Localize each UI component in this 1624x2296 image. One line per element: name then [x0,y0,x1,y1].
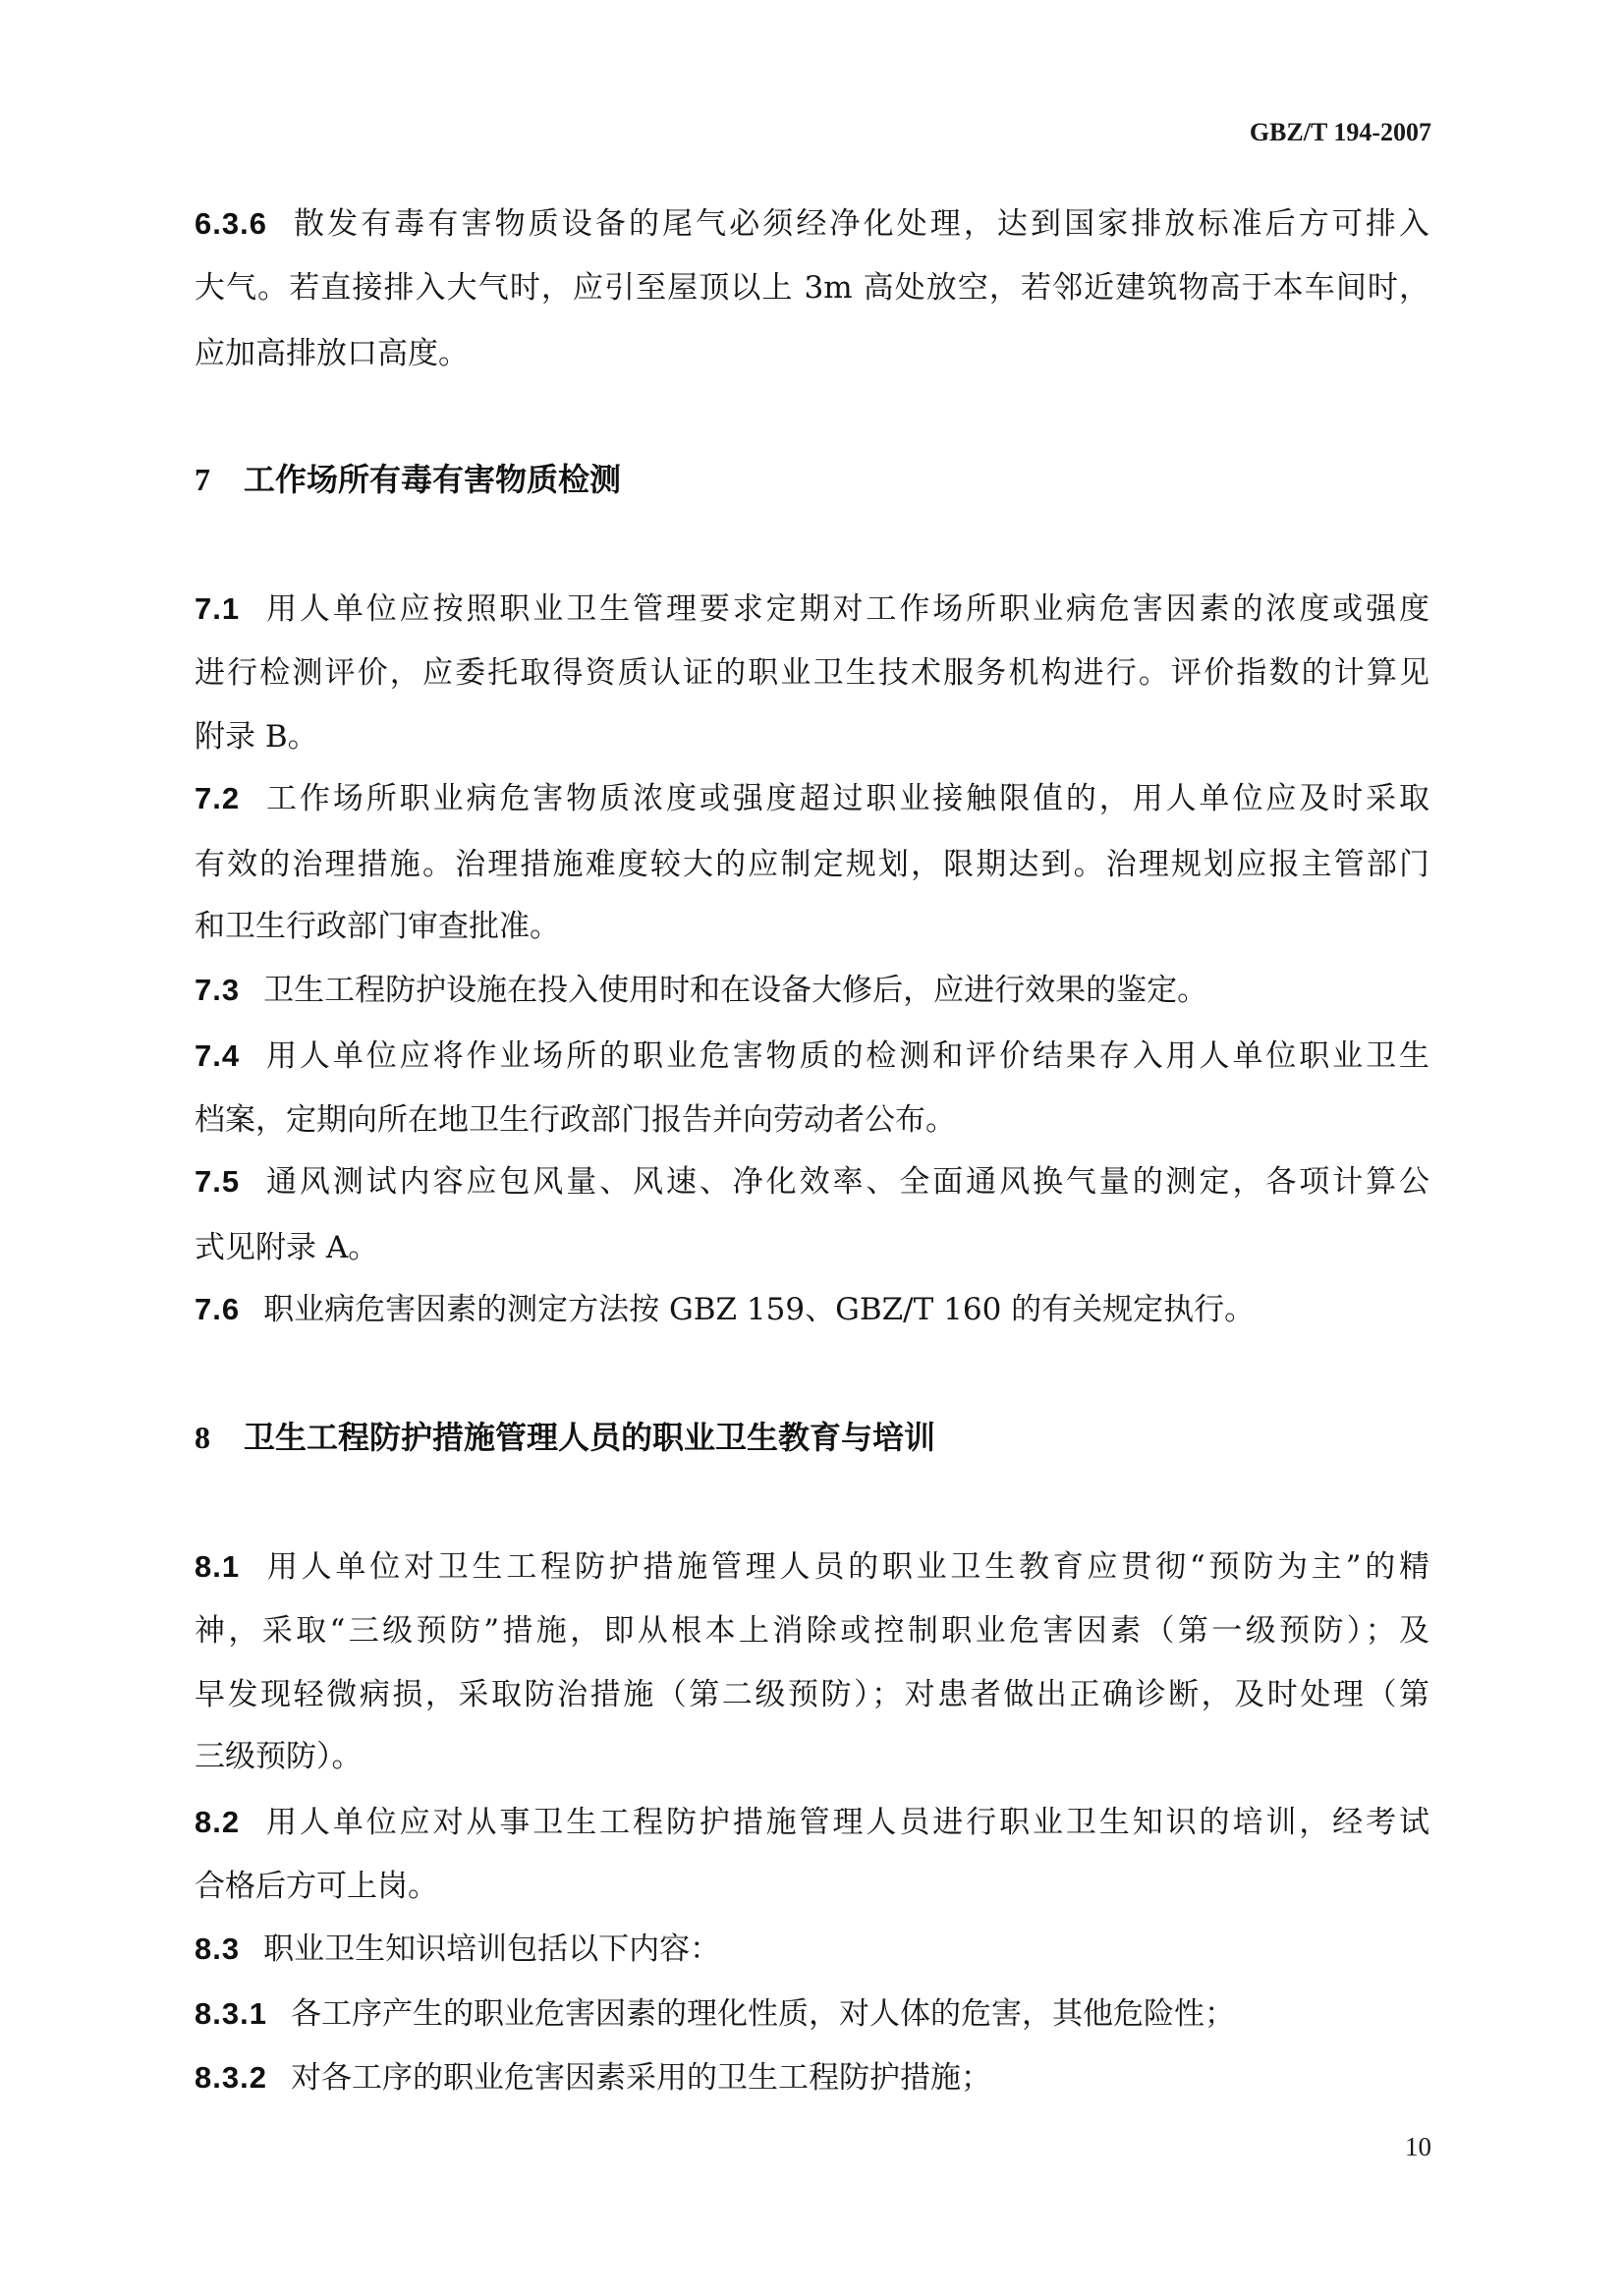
clause-text: 用人单位对卫生工程防护措施管理人员的职业卫生教育应贯彻“预防为主”的精 [263,1549,1429,1585]
clause-number: 8.1 [195,1547,240,1587]
section-number: 7 [195,458,244,501]
clause-text: 用人单位应按照职业卫生管理要求定期对工作场所职业病危害因素的浓度或强度 [263,591,1429,627]
clause-8-3-line-1: 8.3职业卫生知识培训包括以下内容： [195,1930,1429,1969]
clause-7-5-line-1: 7.5通风测试内容应包风量、风速、净化效率、全面通风换气量的测定，各项计算公 [195,1162,1429,1202]
clause-6-3-6-line-2: 大气。若直接排入大气时，应引至屋顶以上 3m 高处放空，若邻近建筑物高于本车间时… [195,268,1429,308]
clause-7-3-line-1: 7.3卫生工程防护设施在投入使用时和在设备大修后，应进行效果的鉴定。 [195,971,1429,1010]
clause-7-1-line-1: 7.1用人单位应按照职业卫生管理要求定期对工作场所职业病危害因素的浓度或强度 [195,589,1429,629]
clause-7-2-line-1: 7.2工作场所职业病危害物质浓度或强度超过职业接触限值的，用人单位应及时采取 [195,779,1429,818]
clause-8-1-line-4: 三级预防）。 [195,1737,1429,1776]
clause-text: 职业病危害因素的测定方法按 GBZ 159、GBZ/T 160 的有关规定执行。 [263,1292,1255,1327]
section-number: 8 [195,1416,244,1459]
document-page: GBZ/T 194-2007 6.3.6散发有毒有害物质设备的尾气必须经净化处理… [0,0,1624,2296]
clause-7-4-line-2: 档案，定期向所在地卫生行政部门报告并向劳动者公布。 [195,1100,1429,1140]
clause-number: 8.3 [195,1930,240,1969]
clause-text: 用人单位应对从事卫生工程防护措施管理人员进行职业卫生知识的培训，经考试 [263,1805,1429,1840]
clause-text: 对各工序的职业危害因素采用的卫生工程防护措施； [291,2060,991,2096]
clause-number: 8.3.1 [195,1994,267,2034]
clause-text: 卫生工程防护设施在投入使用时和在设备大修后，应进行效果的鉴定。 [263,973,1207,1008]
clause-7-5-line-2: 式见附录 A。 [195,1228,1429,1267]
clause-8-1-line-1: 8.1用人单位对卫生工程防护措施管理人员的职业卫生教育应贯彻“预防为主”的精 [195,1547,1429,1587]
clause-7-4-line-1: 7.4用人单位应将作业场所的职业危害物质的检测和评价结果存入用人单位职业卫生 [195,1036,1429,1076]
clause-text: 散发有毒有害物质设备的尾气必须经净化处理，达到国家排放标准后方可排入 [291,206,1429,242]
clause-number: 7.4 [195,1036,240,1076]
clause-7-1-line-3: 附录 B。 [195,717,1429,756]
clause-number: 8.3.2 [195,2058,267,2098]
section-8-heading: 8卫生工程防护措施管理人员的职业卫生教育与培训 [195,1416,935,1459]
clause-number: 7.2 [195,779,240,818]
clause-number: 7.6 [195,1290,240,1329]
clause-7-2-line-3: 和卫生行政部门审查批准。 [195,907,1429,946]
clause-8-3-1-line-1: 8.3.1各工序产生的职业危害因素的理化性质，对人体的危害，其他危险性； [195,1994,1429,2034]
clause-7-1-line-2: 进行检测评价，应委托取得资质认证的职业卫生技术服务机构进行。评价指数的计算见 [195,653,1429,693]
clause-text: 各工序产生的职业危害因素的理化性质，对人体的危害，其他危险性； [291,1996,1235,2032]
section-title: 卫生工程防护措施管理人员的职业卫生教育与培训 [244,1419,935,1456]
page-number: 10 [1405,2130,1431,2163]
clause-8-2-line-1: 8.2用人单位应对从事卫生工程防护措施管理人员进行职业卫生知识的培训，经考试 [195,1803,1429,1842]
section-title: 工作场所有毒有害物质检测 [244,461,621,498]
document-code-header: GBZ/T 194-2007 [1250,117,1431,148]
clause-6-3-6-line-3: 应加高排放口高度。 [195,334,1429,373]
clause-number: 6.3.6 [195,204,267,244]
section-7-heading: 7工作场所有毒有害物质检测 [195,458,621,501]
clause-number: 7.3 [195,971,240,1010]
clause-8-1-line-3: 早发现轻微病损，采取防治措施（第二级预防）；对患者做出正确诊断，及时处理（第 [195,1675,1429,1714]
clause-text: 用人单位应将作业场所的职业危害物质的检测和评价结果存入用人单位职业卫生 [263,1038,1429,1074]
clause-8-2-line-2: 合格后方可上岗。 [195,1867,1429,1906]
clause-text: 通风测试内容应包风量、风速、净化效率、全面通风换气量的测定，各项计算公 [263,1164,1429,1200]
clause-6-3-6-line-1: 6.3.6散发有毒有害物质设备的尾气必须经净化处理，达到国家排放标准后方可排入 [195,204,1429,244]
clause-text: 职业卫生知识培训包括以下内容： [263,1932,720,1967]
clause-8-1-line-2: 神，采取“三级预防”措施，即从根本上消除或控制职业危害因素（第一级预防）；及 [195,1611,1429,1651]
clause-number: 7.1 [195,589,240,629]
clause-8-3-2-line-1: 8.3.2对各工序的职业危害因素采用的卫生工程防护措施； [195,2058,1429,2098]
clause-number: 8.2 [195,1803,240,1842]
clause-number: 7.5 [195,1162,240,1202]
clause-7-2-line-2: 有效的治理措施。治理措施难度较大的应制定规划，限期达到。治理规划应报主管部门 [195,845,1429,884]
clause-text: 工作场所职业病危害物质浓度或强度超过职业接触限值的，用人单位应及时采取 [263,781,1429,816]
clause-7-6-line-1: 7.6职业病危害因素的测定方法按 GBZ 159、GBZ/T 160 的有关规定… [195,1290,1429,1329]
